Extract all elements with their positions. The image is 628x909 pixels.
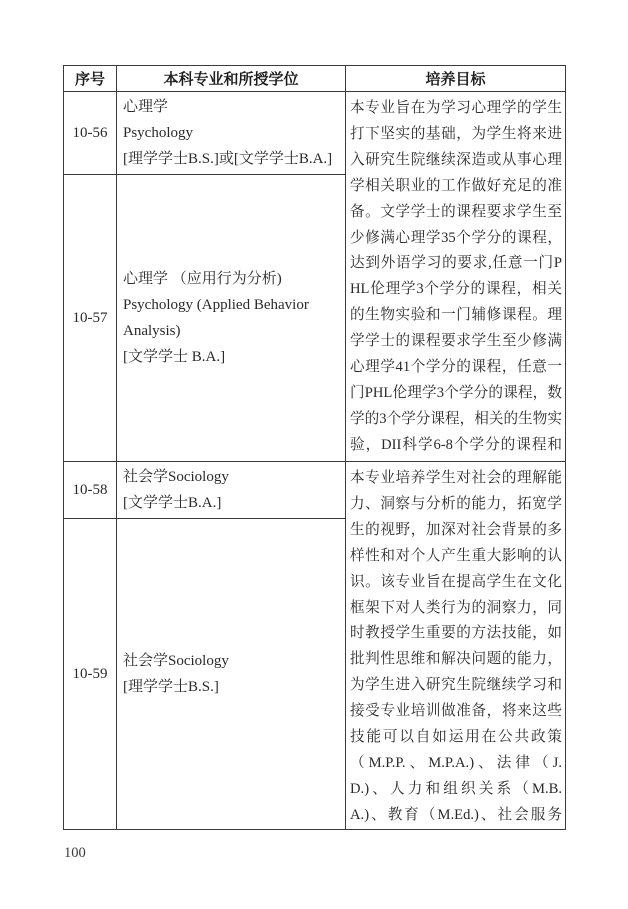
col-header-major: 本科专业和所授学位 [117, 66, 346, 92]
major-cell-sociology-ba: 社会学Sociology [文学学士B.A.] [117, 462, 346, 519]
objective-text-sociology: 本专业培养学生对社会的理解能力、洞察与分析的能力，拓宽学生的视野，加深对社会背景… [350, 466, 562, 824]
page-number: 100 [64, 845, 86, 862]
objective-cell-psychology: 本专业旨在为学习心理学的学生打下坚实的基础，为学生将来进入研究生院继续深造或从事… [346, 92, 566, 462]
objective-text-psychology: 本专业旨在为学习心理学的学生打下坚实的基础，为学生将来进入研究生院继续深造或从事… [350, 96, 562, 454]
major-cell-psychology-aba: 心理学 （应用行为分析) Psychology (Applied Behavio… [117, 175, 346, 462]
program-table: 序号 本科专业和所授学位 培养目标 10-56 心理学 Psychology [… [63, 65, 566, 830]
table-row: 10-56 心理学 Psychology [理学学士B.S.]或[文学学士B.A… [64, 92, 566, 175]
row-id-10-56: 10-56 [64, 92, 117, 175]
row-id-10-57: 10-57 [64, 175, 117, 462]
objective-cell-sociology: 本专业培养学生对社会的理解能力、洞察与分析的能力，拓宽学生的视野，加深对社会背景… [346, 462, 566, 830]
major-cell-psychology: 心理学 Psychology [理学学士B.S.]或[文学学士B.A.] [117, 92, 346, 175]
row-id-10-58: 10-58 [64, 462, 117, 519]
table-row: 10-58 社会学Sociology [文学学士B.A.] 本专业培养学生对社会… [64, 462, 566, 519]
major-cell-sociology-bs: 社会学Sociology [理学学士B.S.] [117, 519, 346, 830]
document-page: 序号 本科专业和所授学位 培养目标 10-56 心理学 Psychology [… [0, 0, 628, 909]
row-id-10-59: 10-59 [64, 519, 117, 830]
col-header-objective: 培养目标 [346, 66, 566, 92]
table-header-row: 序号 本科专业和所授学位 培养目标 [64, 66, 566, 92]
col-header-seq: 序号 [64, 66, 117, 92]
